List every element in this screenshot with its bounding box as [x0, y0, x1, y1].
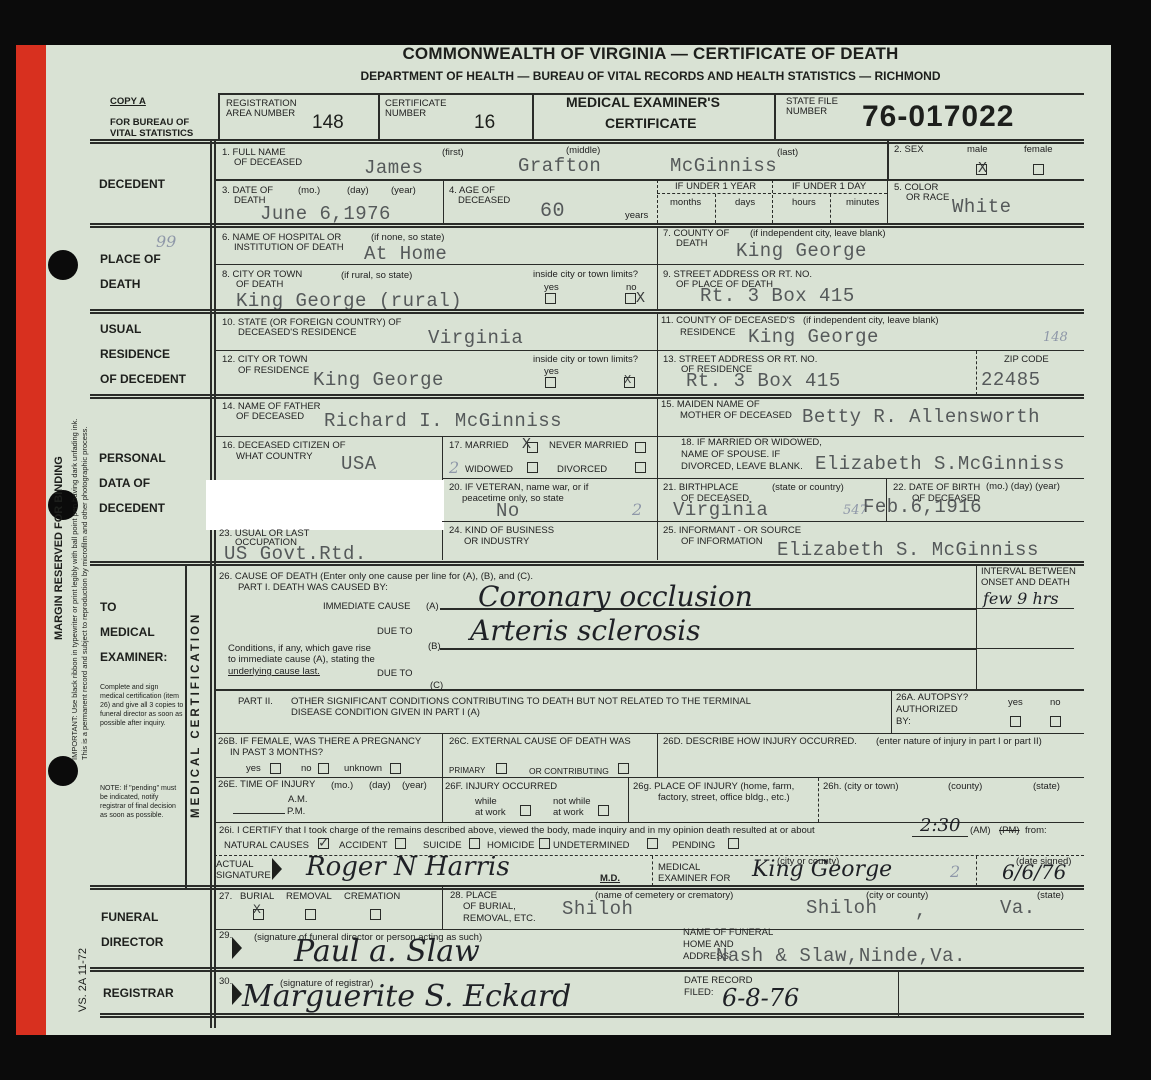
- divider: [210, 141, 212, 1028]
- no-label: no: [626, 283, 637, 293]
- pregnancy-yes-checkbox[interactable]: [270, 763, 281, 774]
- primary-checkbox[interactable]: [496, 763, 507, 774]
- state-hint: (state): [1037, 891, 1064, 901]
- cremation-checkbox[interactable]: [370, 909, 381, 920]
- accident-label: ACCIDENT: [339, 841, 388, 851]
- am-label: (AM): [970, 826, 991, 836]
- mother-value[interactable]: Betty R. Allensworth: [802, 406, 1040, 428]
- burial-city-value[interactable]: Shiloh: [806, 897, 877, 919]
- pregnancy-no-checkbox[interactable]: [318, 763, 329, 774]
- month-label: (mo.): [331, 781, 353, 791]
- pregnancy-unknown-checkbox[interactable]: [390, 763, 401, 774]
- medical-examiner-for-value[interactable]: King George: [752, 857, 892, 882]
- divider: [233, 813, 285, 814]
- divider: [976, 565, 977, 689]
- sex-label: 2. SEX: [894, 145, 924, 155]
- section-funeral-director: FUNERAL: [101, 910, 158, 924]
- city-of-death-label: OF DEATH: [236, 280, 283, 290]
- county-hint: (if independent city, leave blank): [750, 229, 886, 239]
- pending-label: PENDING: [672, 841, 715, 851]
- funeral-home-value[interactable]: Nash & Slaw,Ninde,Va.: [716, 945, 966, 967]
- divider: [818, 778, 819, 822]
- section-place-of-death: PLACE OF: [100, 252, 161, 266]
- conditions-text: underlying cause last.: [228, 667, 320, 677]
- divider: [976, 608, 1074, 609]
- business-label: OR INDUSTRY: [464, 537, 529, 547]
- contributing-label: or CONTRIBUTING: [529, 766, 609, 776]
- primary-label: PRIMARY: [449, 766, 485, 776]
- middle-name-value[interactable]: Grafton: [518, 155, 601, 177]
- residence-inside-limits-yes-checkbox[interactable]: [545, 377, 556, 388]
- homicide-label: HOMICIDE: [487, 841, 535, 851]
- age-value[interactable]: 60: [540, 200, 565, 223]
- spouse-label: NAME OF SPOUSE. IF: [681, 450, 780, 460]
- dob-value[interactable]: Feb.6,1916: [863, 496, 982, 518]
- suicide-label: SUICIDE: [423, 841, 462, 851]
- cause-b-label: (B): [428, 642, 441, 652]
- county-of-death-value[interactable]: King George: [736, 240, 867, 262]
- divider: [90, 561, 1084, 566]
- year-label: (year): [402, 781, 427, 791]
- autopsy-no-checkbox[interactable]: [1050, 716, 1061, 727]
- birthplace-label: 21. BIRTHPLACE: [663, 483, 738, 493]
- place-of-injury-label: factory, street, office bldg., etc.): [658, 793, 790, 803]
- divider: [442, 887, 443, 929]
- month-label: (mo.): [298, 186, 320, 196]
- cause-a-value[interactable]: Coronary occlusion: [478, 580, 753, 613]
- punch-hole: [48, 756, 78, 786]
- divider: [443, 180, 444, 223]
- removal-label: REMOVAL: [286, 892, 332, 902]
- divider: [442, 734, 443, 778]
- limits-question: inside city or town limits?: [533, 270, 638, 280]
- pencil-note: 2: [950, 862, 960, 881]
- divider: [185, 566, 187, 888]
- arrow-icon: [232, 983, 242, 1005]
- widowed-label: WIDOWED: [465, 465, 513, 475]
- residence-city-label: OF RESIDENCE: [238, 366, 309, 376]
- race-label: OR RACE: [906, 193, 949, 203]
- copy-label: COPY A: [110, 96, 146, 107]
- hospital-value[interactable]: At Home: [364, 243, 447, 265]
- birthplace-hint: (state or country): [772, 483, 844, 493]
- zip-label: ZIP CODE: [1004, 355, 1049, 365]
- section-personal-data: DATA OF: [99, 476, 150, 490]
- informant-label: 25. INFORMANT - OR SOURCE: [663, 526, 801, 536]
- injury-state-label: (state): [1033, 782, 1060, 792]
- check-mark: X: [522, 438, 531, 451]
- female-checkbox[interactable]: [1033, 164, 1044, 175]
- hospital-label: INSTITUTION OF DEATH: [234, 243, 344, 253]
- veteran-value[interactable]: No: [496, 500, 520, 522]
- am-label: A.M.: [288, 795, 308, 805]
- injury-description-label: 26d. DESCRIBE HOW INJURY OCCURRED.: [663, 737, 857, 747]
- no-label: no: [301, 764, 312, 774]
- funeral-home-label: NAME OF FUNERAL: [683, 928, 773, 938]
- state-file-label: NUMBER: [786, 107, 827, 117]
- signature-label: ACTUAL: [216, 860, 253, 870]
- autopsy-label: BY:: [896, 717, 911, 727]
- red-binding-stripe: [16, 45, 46, 1035]
- unknown-label: unknown: [344, 764, 382, 774]
- pencil-note: 99: [156, 232, 176, 251]
- from-label: from:: [1025, 826, 1047, 836]
- citizen-label: WHAT COUNTRY: [236, 452, 313, 462]
- cause-a-label: (A): [426, 602, 439, 612]
- comma: ,: [915, 900, 927, 922]
- pregnancy-label: 26b. IF FEMALE, WAS THERE A PREGNANCY: [218, 737, 421, 747]
- burial-place-label: REMOVAL, ETC.: [463, 914, 536, 924]
- place-of-injury-label: 26g. PLACE OF INJURY (home, farm,: [633, 782, 794, 792]
- pm-label: (PM): [999, 826, 1020, 836]
- under-1-year-label: IF UNDER 1 YEAR: [675, 182, 756, 192]
- divider: [90, 394, 1084, 399]
- autopsy-label: AUTHORIZED: [896, 705, 958, 715]
- signature-label: SIGNATURE: [216, 871, 271, 881]
- section-registrar: REGISTRAR: [103, 986, 174, 1000]
- veteran-label: 20. IF VETERAN, name war, or if: [449, 483, 588, 493]
- female-label: female: [1024, 145, 1053, 155]
- interval-label: INTERVAL BETWEEN: [981, 567, 1076, 577]
- divider: [657, 227, 658, 311]
- under-1-day-label: IF UNDER 1 DAY: [792, 182, 866, 192]
- registration-area-label: AREA NUMBER: [226, 109, 295, 119]
- section-decedent: DECEDENT: [99, 177, 165, 191]
- divider: [657, 398, 658, 560]
- binding-margin-title: MARGIN RESERVED FOR BINDING: [53, 456, 65, 640]
- date-filed-value[interactable]: 6-8-76: [722, 984, 799, 1012]
- cemetery-value[interactable]: Shiloh: [562, 898, 633, 920]
- day-label: (day): [369, 781, 391, 791]
- divider: [442, 521, 1084, 522]
- not-at-work-label: not while: [553, 797, 591, 807]
- section-funeral-director: DIRECTOR: [101, 935, 163, 949]
- medical-examiner-label: EXAMINER FOR: [658, 874, 730, 884]
- natural-causes-label: NATURAL CAUSES: [224, 841, 309, 851]
- divider: [912, 836, 968, 837]
- while-at-work-label: while: [475, 797, 497, 807]
- citizen-label: 16. DECEASED CITIZEN OF: [222, 441, 346, 451]
- divider: [442, 778, 443, 822]
- divider: [976, 648, 1074, 649]
- certificate-number: 16: [474, 112, 495, 134]
- birthplace-value[interactable]: Virginia: [673, 499, 768, 521]
- spouse-value[interactable]: Elizabeth S.McGinniss: [815, 453, 1065, 475]
- yes-label: yes: [544, 283, 559, 293]
- punch-hole: [48, 250, 78, 280]
- external-cause-label: 26c. EXTERNAL CAUSE OF DEATH WAS: [449, 737, 631, 747]
- certify-text: 26i. I CERTIFY that I took charge of the…: [219, 826, 815, 836]
- divider: [887, 180, 888, 223]
- no-label: no: [1050, 698, 1061, 708]
- limits-question: inside city or town limits?: [533, 355, 638, 365]
- first-name-label: (first): [442, 148, 464, 158]
- arrow-icon: [272, 858, 282, 880]
- age-label: DECEASED: [458, 196, 510, 206]
- residence-city-value[interactable]: King George: [313, 369, 444, 391]
- residence-county-label: RESIDENCE: [680, 328, 735, 338]
- county-hint: (if independent city, leave blank): [803, 316, 939, 326]
- divider: [90, 967, 1084, 972]
- divider: [214, 141, 216, 1028]
- days-label: days: [735, 198, 755, 208]
- county-of-death-label: DEATH: [676, 239, 708, 249]
- not-at-work-checkbox[interactable]: [598, 805, 609, 816]
- divider: [628, 778, 629, 822]
- race-value[interactable]: White: [952, 196, 1012, 218]
- state-file-number: 76-017022: [862, 100, 1014, 134]
- interval-label: ONSET AND DEATH: [981, 578, 1070, 588]
- divider: [442, 478, 1084, 479]
- date-filed-label: FILED:: [684, 988, 714, 998]
- street-of-death-value[interactable]: Rt. 3 Box 415: [700, 285, 855, 307]
- pencil-note: 2: [632, 500, 642, 519]
- inside-limits-no-checkbox[interactable]: [625, 293, 636, 304]
- disposition-label: 27.: [219, 892, 232, 902]
- suicide-checkbox[interactable]: [469, 838, 480, 849]
- accident-checkbox[interactable]: [395, 838, 406, 849]
- divider: [976, 351, 977, 395]
- married-label: 17. MARRIED: [449, 441, 509, 451]
- male-label: male: [967, 145, 988, 155]
- divider: [90, 139, 1084, 144]
- divider: [657, 734, 658, 778]
- form-type-line2: CERTIFICATE: [605, 115, 697, 131]
- hours-label: hours: [792, 198, 816, 208]
- minutes-label: minutes: [846, 198, 879, 208]
- citizen-value[interactable]: USA: [341, 453, 377, 475]
- redacted-area: [206, 480, 444, 530]
- md-label: M.D.: [600, 874, 620, 884]
- injury-city-label: 26h. (city or town): [823, 782, 899, 792]
- months-label: months: [670, 198, 701, 208]
- due-to-label: DUE TO: [377, 669, 413, 679]
- divorced-label: DIVORCED: [557, 465, 607, 475]
- homicide-checkbox[interactable]: [539, 838, 550, 849]
- section-personal-data: DECEDENT: [99, 501, 165, 515]
- contributing-checkbox[interactable]: [618, 763, 629, 774]
- immediate-cause-label: IMMEDIATE CAUSE: [323, 602, 410, 612]
- check-mark: X: [636, 292, 645, 305]
- spouse-label: 18. IF MARRIED OR WIDOWED,: [681, 438, 822, 448]
- father-value[interactable]: Richard I. McGinniss: [324, 410, 562, 432]
- undetermined-checkbox[interactable]: [647, 838, 658, 849]
- day-label: (day): [347, 186, 369, 196]
- divider: [891, 690, 892, 733]
- cause-b-line: [440, 648, 976, 650]
- autopsy-label: 26a. AUTOPSY?: [896, 693, 968, 703]
- not-at-work-label: at work: [553, 808, 584, 818]
- burial-label: BURIAL: [240, 892, 274, 902]
- conditions-text: Conditions, if any, which gave rise: [228, 644, 371, 654]
- note-text: NOTE: If "pending" must be indicated, no…: [100, 784, 180, 820]
- medical-examiner-label: MEDICAL: [658, 863, 700, 873]
- divider: [887, 141, 889, 179]
- residence-county-label: 11. COUNTY OF DECEASED'S: [661, 316, 795, 326]
- section-medical-examiner: EXAMINER:: [100, 650, 167, 664]
- injury-county-label: (county): [948, 782, 982, 792]
- divider: [772, 180, 773, 223]
- zip-value[interactable]: 22485: [981, 369, 1041, 391]
- certificate-subtitle: DEPARTMENT OF HEALTH — BUREAU OF VITAL R…: [0, 69, 1151, 83]
- part2-text: DISEASE CONDITION GIVEN IN PART I (A): [291, 708, 480, 718]
- residence-state-value[interactable]: Virginia: [428, 327, 523, 349]
- form-code: VS. 2A 11-72: [77, 948, 89, 1012]
- divider: [214, 689, 1084, 691]
- part2-label: PART II.: [238, 697, 273, 707]
- check-mark: X: [624, 374, 631, 387]
- divider: [830, 194, 831, 223]
- divider: [100, 1013, 1084, 1018]
- section-usual-residence: OF DECEDENT: [100, 372, 186, 386]
- removal-checkbox[interactable]: [305, 909, 316, 920]
- copy-for-label: FOR BUREAU OFVITAL STATISTICS: [110, 117, 193, 139]
- never-married-label: NEVER MARRIED: [549, 441, 628, 451]
- registrar-label: 30.: [219, 977, 232, 987]
- yes-label: yes: [246, 764, 261, 774]
- funeral-director-signature[interactable]: Paul a. Slaw: [294, 934, 480, 969]
- certificate-number-label: NUMBER: [385, 109, 426, 119]
- residence-county-value[interactable]: King George: [748, 326, 879, 348]
- section-medical-examiner: TO: [100, 600, 116, 614]
- last-name-label: (last): [777, 148, 798, 158]
- divider: [214, 733, 1084, 734]
- important-note: IMPORTANT: Use black ribbon in typewrite…: [70, 418, 90, 760]
- while-at-work-label: at work: [475, 808, 506, 818]
- widowed-checkbox[interactable]: [527, 462, 538, 473]
- pencil-note: 2: [449, 458, 459, 477]
- divorced-checkbox[interactable]: [635, 462, 646, 473]
- dob-hint: (mo.) (day) (year): [986, 482, 1060, 492]
- residence-street-value[interactable]: Rt. 3 Box 415: [686, 370, 841, 392]
- due-to-label: DUE TO: [377, 627, 413, 637]
- yes-label: yes: [544, 367, 559, 377]
- residence-state-label: DECEASED'S RESIDENCE: [238, 328, 356, 338]
- undetermined-label: UNDETERMINED: [553, 841, 630, 851]
- first-name-value[interactable]: James: [364, 157, 424, 179]
- divider: [898, 971, 899, 1016]
- never-married-checkbox[interactable]: [635, 442, 646, 453]
- pm-label: P.M.: [287, 807, 305, 817]
- section-medical-examiner: MEDICAL: [100, 625, 155, 639]
- year-label: (year): [391, 186, 416, 196]
- time-of-death-value[interactable]: 2:30: [920, 815, 960, 836]
- pregnancy-label: IN PAST 3 MONTHS?: [230, 748, 323, 758]
- burial-state-value[interactable]: Va.: [1000, 897, 1036, 919]
- autopsy-yes-checkbox[interactable]: [1010, 716, 1021, 727]
- section-usual-residence: USUAL: [100, 322, 141, 336]
- divider: [214, 350, 1084, 351]
- spouse-label: DIVORCED, LEAVE BLANK.: [681, 462, 803, 472]
- funeral-director-label: 29.: [219, 931, 232, 941]
- city-hint: (if rural, so state): [341, 271, 412, 281]
- last-name-value[interactable]: McGinniss: [670, 155, 777, 177]
- conditions-text: to immediate cause (A), stating the: [228, 655, 375, 665]
- burial-place-label: OF BURIAL,: [463, 902, 516, 912]
- business-label: 24. KIND OF BUSINESS: [449, 526, 554, 536]
- divider: [976, 856, 977, 886]
- divider: [90, 885, 1084, 890]
- divider: [90, 223, 1084, 228]
- section-usual-residence: RESIDENCE: [100, 347, 170, 361]
- injury-occurred-label: 26f. INJURY OCCURRED: [445, 782, 557, 792]
- mother-label: 15. MAIDEN NAME OF: [661, 400, 760, 410]
- interval-value[interactable]: few 9 hrs: [983, 589, 1059, 608]
- inside-limits-yes-checkbox[interactable]: [545, 293, 556, 304]
- divider: [214, 179, 1084, 181]
- divider: [657, 180, 658, 223]
- certificate-title: COMMONWEALTH OF VIRGINIA — CERTIFICATE O…: [0, 44, 1151, 64]
- registration-area-number: 148: [312, 112, 344, 134]
- section-personal-data: PERSONAL: [99, 451, 166, 465]
- part2-text: OTHER SIGNIFICANT CONDITIONS CONTRIBUTIN…: [291, 697, 751, 707]
- informant-label: OF INFORMATION: [681, 537, 763, 547]
- divider: [214, 777, 1084, 778]
- male-check-mark: X: [978, 162, 987, 175]
- pending-checkbox[interactable]: [728, 838, 739, 849]
- informant-value[interactable]: Elizabeth S. McGinniss: [777, 539, 1039, 561]
- cause-of-death-label: PART I. DEATH WAS CAUSED BY:: [238, 583, 388, 593]
- registrar-signature[interactable]: Marguerite S. Eckard: [242, 979, 571, 1014]
- section-place-of-death: DEATH: [100, 277, 140, 291]
- divider: [652, 856, 653, 886]
- pencil-note: 148: [1043, 330, 1068, 345]
- injury-description-hint: (enter nature of injury in part I or par…: [876, 737, 1042, 747]
- cremation-label: CREMATION: [344, 892, 400, 902]
- time-of-injury-label: 26e. TIME OF INJURY: [218, 780, 315, 790]
- divider: [214, 264, 1084, 265]
- burial-place-label: 28. PLACE: [450, 891, 497, 901]
- check-mark: X: [253, 903, 261, 916]
- dob-label: 22. DATE OF BIRTH: [893, 483, 980, 493]
- divider: [214, 929, 1084, 930]
- date-of-death-value[interactable]: June 6,1976: [260, 203, 391, 225]
- instructions-text: Complete and sign medical certification …: [100, 683, 184, 728]
- arrow-icon: [232, 937, 242, 959]
- divider: [715, 194, 716, 223]
- form-type-line1: MEDICAL EXAMINER'S: [566, 94, 720, 110]
- full-name-label: OF DECEASED: [234, 158, 302, 168]
- divider: [214, 436, 1084, 437]
- residence-city-label: 12. CITY OR TOWN: [222, 355, 308, 365]
- hospital-hint: (if none, so state): [371, 233, 444, 243]
- examiner-signature[interactable]: Roger N Harris: [306, 852, 510, 882]
- date-signed-value[interactable]: 6/6/76: [1002, 860, 1066, 884]
- divider: [90, 309, 1084, 314]
- check-mark: ✓: [319, 837, 328, 850]
- while-at-work-checkbox[interactable]: [520, 805, 531, 816]
- divider: [657, 313, 658, 395]
- cause-b-value[interactable]: Arteris sclerosis: [470, 614, 701, 647]
- father-label: OF DECEASED: [236, 412, 304, 422]
- medical-certification-label: MEDICAL CERTIFICATION: [190, 612, 202, 818]
- years-label: years: [625, 211, 648, 221]
- mother-label: MOTHER OF DECEASED: [680, 411, 792, 421]
- yes-label: yes: [1008, 698, 1023, 708]
